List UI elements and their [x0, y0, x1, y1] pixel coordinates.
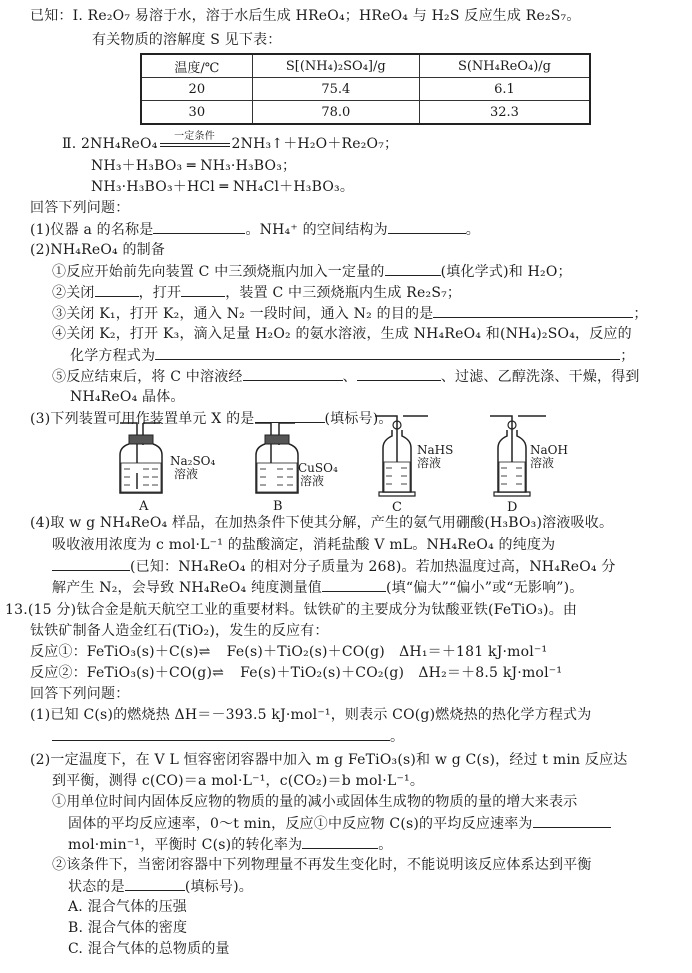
q12-part2-4a: ④关闭 K₂，打开 K₃，滴入足量 H₂O₂ 的氨水溶液，生成 NH₄ReO₄ …: [52, 324, 632, 344]
answer-blank[interactable]: [322, 577, 386, 592]
q12-p2-1-text: ①反应开始前先向装置 C 中三颈烧瓶内加入一定量的: [52, 264, 385, 280]
table-header: S[(NH₄)₂SO₄]/g: [252, 54, 419, 78]
table-row: 20 75.4 6.1: [141, 78, 590, 101]
q13-part1-answer: 。: [52, 726, 404, 747]
q13-part2-i1: ①用单位时间内固体反应物的物质的量的减小或固体生成物的物质的量的增大来表示: [52, 792, 577, 812]
apparatus-solution-label: NaHS 溶液: [417, 444, 453, 470]
q12-p2-2-text: ②关闭: [52, 285, 95, 301]
q13-reaction2: 反应②：FeTiO₃(s)＋CO(g)⇌Fe(s)＋TiO₂(s)＋CO₂(g)…: [30, 663, 562, 683]
q12-part2-2: ②关闭，打开，装置 C 中三颈烧瓶内生成 Re₂S₇；: [52, 282, 461, 303]
q12-part2-1: ①反应开始前先向装置 C 中三颈烧瓶内加入一定量的(填化学式)和 H₂O；: [52, 261, 572, 282]
punct: 、: [343, 369, 357, 385]
q12-p2-2-text3: ，装置 C 中三颈烧瓶内生成 Re₂S₇；: [225, 285, 461, 301]
punct: 。: [390, 729, 404, 745]
table-header-row: 温度/℃ S[(NH₄)₂SO₄]/g S(NH₄ReO₄)/g: [141, 54, 590, 78]
reaction2-rhs: Fe(s)＋TiO₂(s)＋CO₂(g) ΔH₂＝＋8.5 kJ·mol⁻¹: [240, 665, 562, 681]
q12-p2-5-text: ⑤反应结束后，将 C 中溶液经: [52, 369, 243, 385]
reaction1-rhs: Fe(s)＋TiO₂(s)＋CO(g) ΔH₁＝＋181 kJ·mol⁻¹: [227, 644, 548, 660]
known-II-eq1: Ⅱ. 2NH₄ReO₄一定条件2NH₃↑＋H₂O＋Re₂O₇；: [62, 134, 398, 154]
q13-part1: (1)已知 C(s)的燃烧热 ΔH＝－393.5 kJ·mol⁻¹，则表示 CO…: [30, 705, 591, 725]
apparatus-solution-label: NaOH 溶液: [530, 444, 568, 470]
condition-arrow-icon: 一定条件: [160, 137, 230, 151]
answer-blank[interactable]: [385, 261, 441, 276]
q13-part2-2: 到平衡，测得 c(CO)＝a mol·L⁻¹，c(CO₂)＝b mol·L⁻¹。: [52, 771, 424, 791]
known-I-line2: 有关物质的溶解度 S 见下表：: [92, 30, 282, 50]
q12-part2-5a: ⑤反应结束后，将 C 中溶液经、、过滤、乙醇洗涤、干燥，得到: [52, 366, 640, 387]
q12-p1-text2: 。NH₄⁺ 的空间结构为: [245, 222, 387, 238]
apparatus-B: CuSO₄ 溶液 B: [253, 415, 363, 510]
q12-part1: (1)仪器 a 的名称是。NH₄⁺ 的空间结构为。: [30, 219, 480, 240]
q12-part4-2: 吸收液用浓度为 c mol·L⁻¹ 的盐酸滴定，消耗盐酸 V mL。NH₄ReO…: [52, 535, 555, 555]
option-C[interactable]: C. 混合气体的总物质的量: [68, 939, 230, 959]
table-header: S(NH₄ReO₄)/g: [419, 54, 590, 78]
solution-suffix: 溶液: [417, 457, 453, 470]
q13-reaction1: 反应①：FeTiO₃(s)＋C(s)⇌Fe(s)＋TiO₂(s)＋CO(g) Δ…: [30, 642, 547, 662]
table-header: 温度/℃: [141, 54, 252, 78]
eq1-lhs: Ⅱ. 2NH₄ReO₄: [62, 136, 158, 152]
solubility-table: 温度/℃ S[(NH₄)₂SO₄]/g S(NH₄ReO₄)/g 20 75.4…: [140, 53, 591, 125]
q13-part2-1: (2)一定温度下，在 V L 恒容密闭容器中加入 m g FeTiO₃(s)和 …: [30, 750, 628, 770]
punct: 。: [378, 837, 392, 853]
q12-p2-2-text2: ，打开: [139, 285, 182, 301]
q12-part4-1: (4)取 w g NH₄ReO₄ 样品，在加热条件下使其分解，产生的氨气用硼酸(…: [30, 513, 613, 533]
q13-p2-ii2-text: 状态的是: [68, 879, 125, 895]
table-cell: 6.1: [419, 78, 590, 101]
q13-part2-i2: 固体的平均反应速率，0～t min，反应①中反应物 C(s)的平均反应速率为: [68, 813, 611, 834]
option-A[interactable]: A. 混合气体的压强: [68, 897, 187, 917]
table-cell: 75.4: [252, 78, 419, 101]
answer-blank[interactable]: [155, 345, 620, 360]
q12-p4-4-text: 解产生 N₂，会导致 NH₄ReO₄ 纯度测量值: [52, 580, 322, 596]
q12-p2-3-text: ③关闭 K₁，打开 K₂，通入 N₂ 一段时间，通入 N₂ 的目的是: [52, 306, 433, 322]
answer-blank[interactable]: [243, 366, 343, 381]
known-I-line1: 已知：Ⅰ. Re₂O₇ 易溶于水，溶于水后生成 HReO₄；HReO₄ 与 H₂…: [30, 6, 581, 26]
table-cell: 32.3: [419, 101, 590, 125]
answer-prompt: 回答下列问题：: [30, 684, 129, 704]
apparatus-letter: B: [273, 499, 283, 514]
answer-blank[interactable]: [302, 834, 378, 849]
q13-p2-i2-text: 固体的平均反应速率，0～t min，反应①中反应物 C(s)的平均反应速率为: [68, 816, 533, 832]
apparatus-A: Na₂SO₄ 溶液 A: [115, 415, 225, 510]
q13-p2-ii2-text2: (填标号)。: [185, 879, 253, 895]
table-cell: 78.0: [252, 101, 419, 125]
answer-prompt: 回答下列问题：: [30, 198, 129, 218]
answer-blank[interactable]: [95, 282, 139, 297]
q13-part2-ii1: ②该条件下，当密闭容器中下列物理量不再发生变化时，不能说明该反应体系达到平衡: [52, 855, 592, 875]
answer-blank[interactable]: [388, 219, 466, 234]
q12-part2-4b: 化学方程式为；: [70, 345, 634, 366]
q12-part4-3: (已知：NH₄ReO₄ 的相对分子质量为 268)。若加热温度过高，NH₄ReO…: [52, 556, 616, 577]
q13-part2-i3: mol·min⁻¹，平衡时 C(s)的转化率为。: [68, 834, 392, 855]
solution-suffix: 溶液: [530, 457, 568, 470]
gas-washing-bottle-icon: [115, 415, 175, 500]
known-II-eq3: NH₃·H₃BO₃＋HCl ═ NH₄Cl＋H₃BO₃。: [91, 177, 354, 197]
punct: ；: [620, 348, 634, 364]
apparatus-D: NaOH 溶液 D: [488, 412, 598, 510]
q12-p2-4-text: 化学方程式为: [70, 348, 155, 364]
apparatus-solution-label: Na₂SO₄ 溶液: [170, 455, 215, 481]
answer-blank[interactable]: [533, 813, 611, 828]
answer-blank[interactable]: [181, 282, 225, 297]
q13-part2-ii2: 状态的是(填标号)。: [68, 876, 253, 897]
q12-part2-5c: NH₄ReO₄ 晶体。: [70, 387, 185, 407]
punct: ；: [633, 306, 647, 322]
q12-p2-5-text2: 、过滤、乙醇洗涤、干燥，得到: [441, 369, 640, 385]
answer-blank[interactable]: [125, 876, 185, 891]
q12-part2-3: ③关闭 K₁，打开 K₂，通入 N₂ 一段时间，通入 N₂ 的目的是；: [52, 303, 648, 324]
apparatus-C: NaHS 溶液 C: [373, 412, 483, 510]
apparatus-solution-label: CuSO₄ 溶液: [298, 462, 338, 488]
answer-blank[interactable]: [433, 303, 633, 318]
q12-p1-text: (1)仪器 a 的名称是: [30, 222, 153, 238]
table-cell: 30: [141, 101, 252, 125]
q12-part4-4: 解产生 N₂，会导致 NH₄ReO₄ 纯度测量值(填“偏大”“偏小”或“无影响”…: [52, 577, 583, 598]
answer-blank[interactable]: [52, 726, 390, 741]
q13-intro2: 钛铁矿制备人造金红石(TiO₂)，发生的反应有：: [30, 621, 329, 641]
reaction2-lhs: 反应②：FeTiO₃(s)＋CO(g): [30, 665, 212, 681]
reversible-arrow-icon: ⇌: [212, 663, 240, 683]
q12-part2-title: (2)NH₄ReO₄ 的制备: [30, 240, 165, 260]
answer-blank[interactable]: [153, 219, 245, 234]
answer-blank[interactable]: [357, 366, 441, 381]
q13-intro1: 13.(15 分)钛合金是航天航空工业的重要材料。钛铁矿的主要成分为钛酸亚铁(F…: [5, 600, 577, 620]
table-cell: 20: [141, 78, 252, 101]
reversible-arrow-icon: ⇌: [199, 642, 227, 662]
table-row: 30 78.0 32.3: [141, 101, 590, 125]
apparatus-letter: A: [139, 499, 148, 514]
punct: 。: [466, 222, 480, 238]
reaction1-lhs: 反应①：FeTiO₃(s)＋C(s): [30, 644, 199, 660]
answer-blank[interactable]: [52, 556, 130, 571]
q12-p4-3-text: (已知：NH₄ReO₄ 的相对分子质量为 268)。若加热温度过高，NH₄ReO…: [130, 559, 616, 575]
q13-p2-i3-text: mol·min⁻¹，平衡时 C(s)的转化率为: [68, 837, 302, 853]
q12-p2-1-text2: (填化学式)和 H₂O；: [441, 264, 572, 280]
option-B[interactable]: B. 混合气体的密度: [68, 918, 187, 938]
q12-p4-4-text2: (填“偏大”“偏小”或“无影响”)。: [386, 580, 583, 596]
solution-suffix: 溶液: [298, 475, 338, 488]
solution-suffix: 溶液: [170, 468, 215, 481]
known-II-eq2: NH₃＋H₃BO₃ ═ NH₃·H₃BO₃；: [91, 156, 296, 176]
eq1-rhs: 2NH₃↑＋H₂O＋Re₂O₇；: [232, 136, 399, 152]
